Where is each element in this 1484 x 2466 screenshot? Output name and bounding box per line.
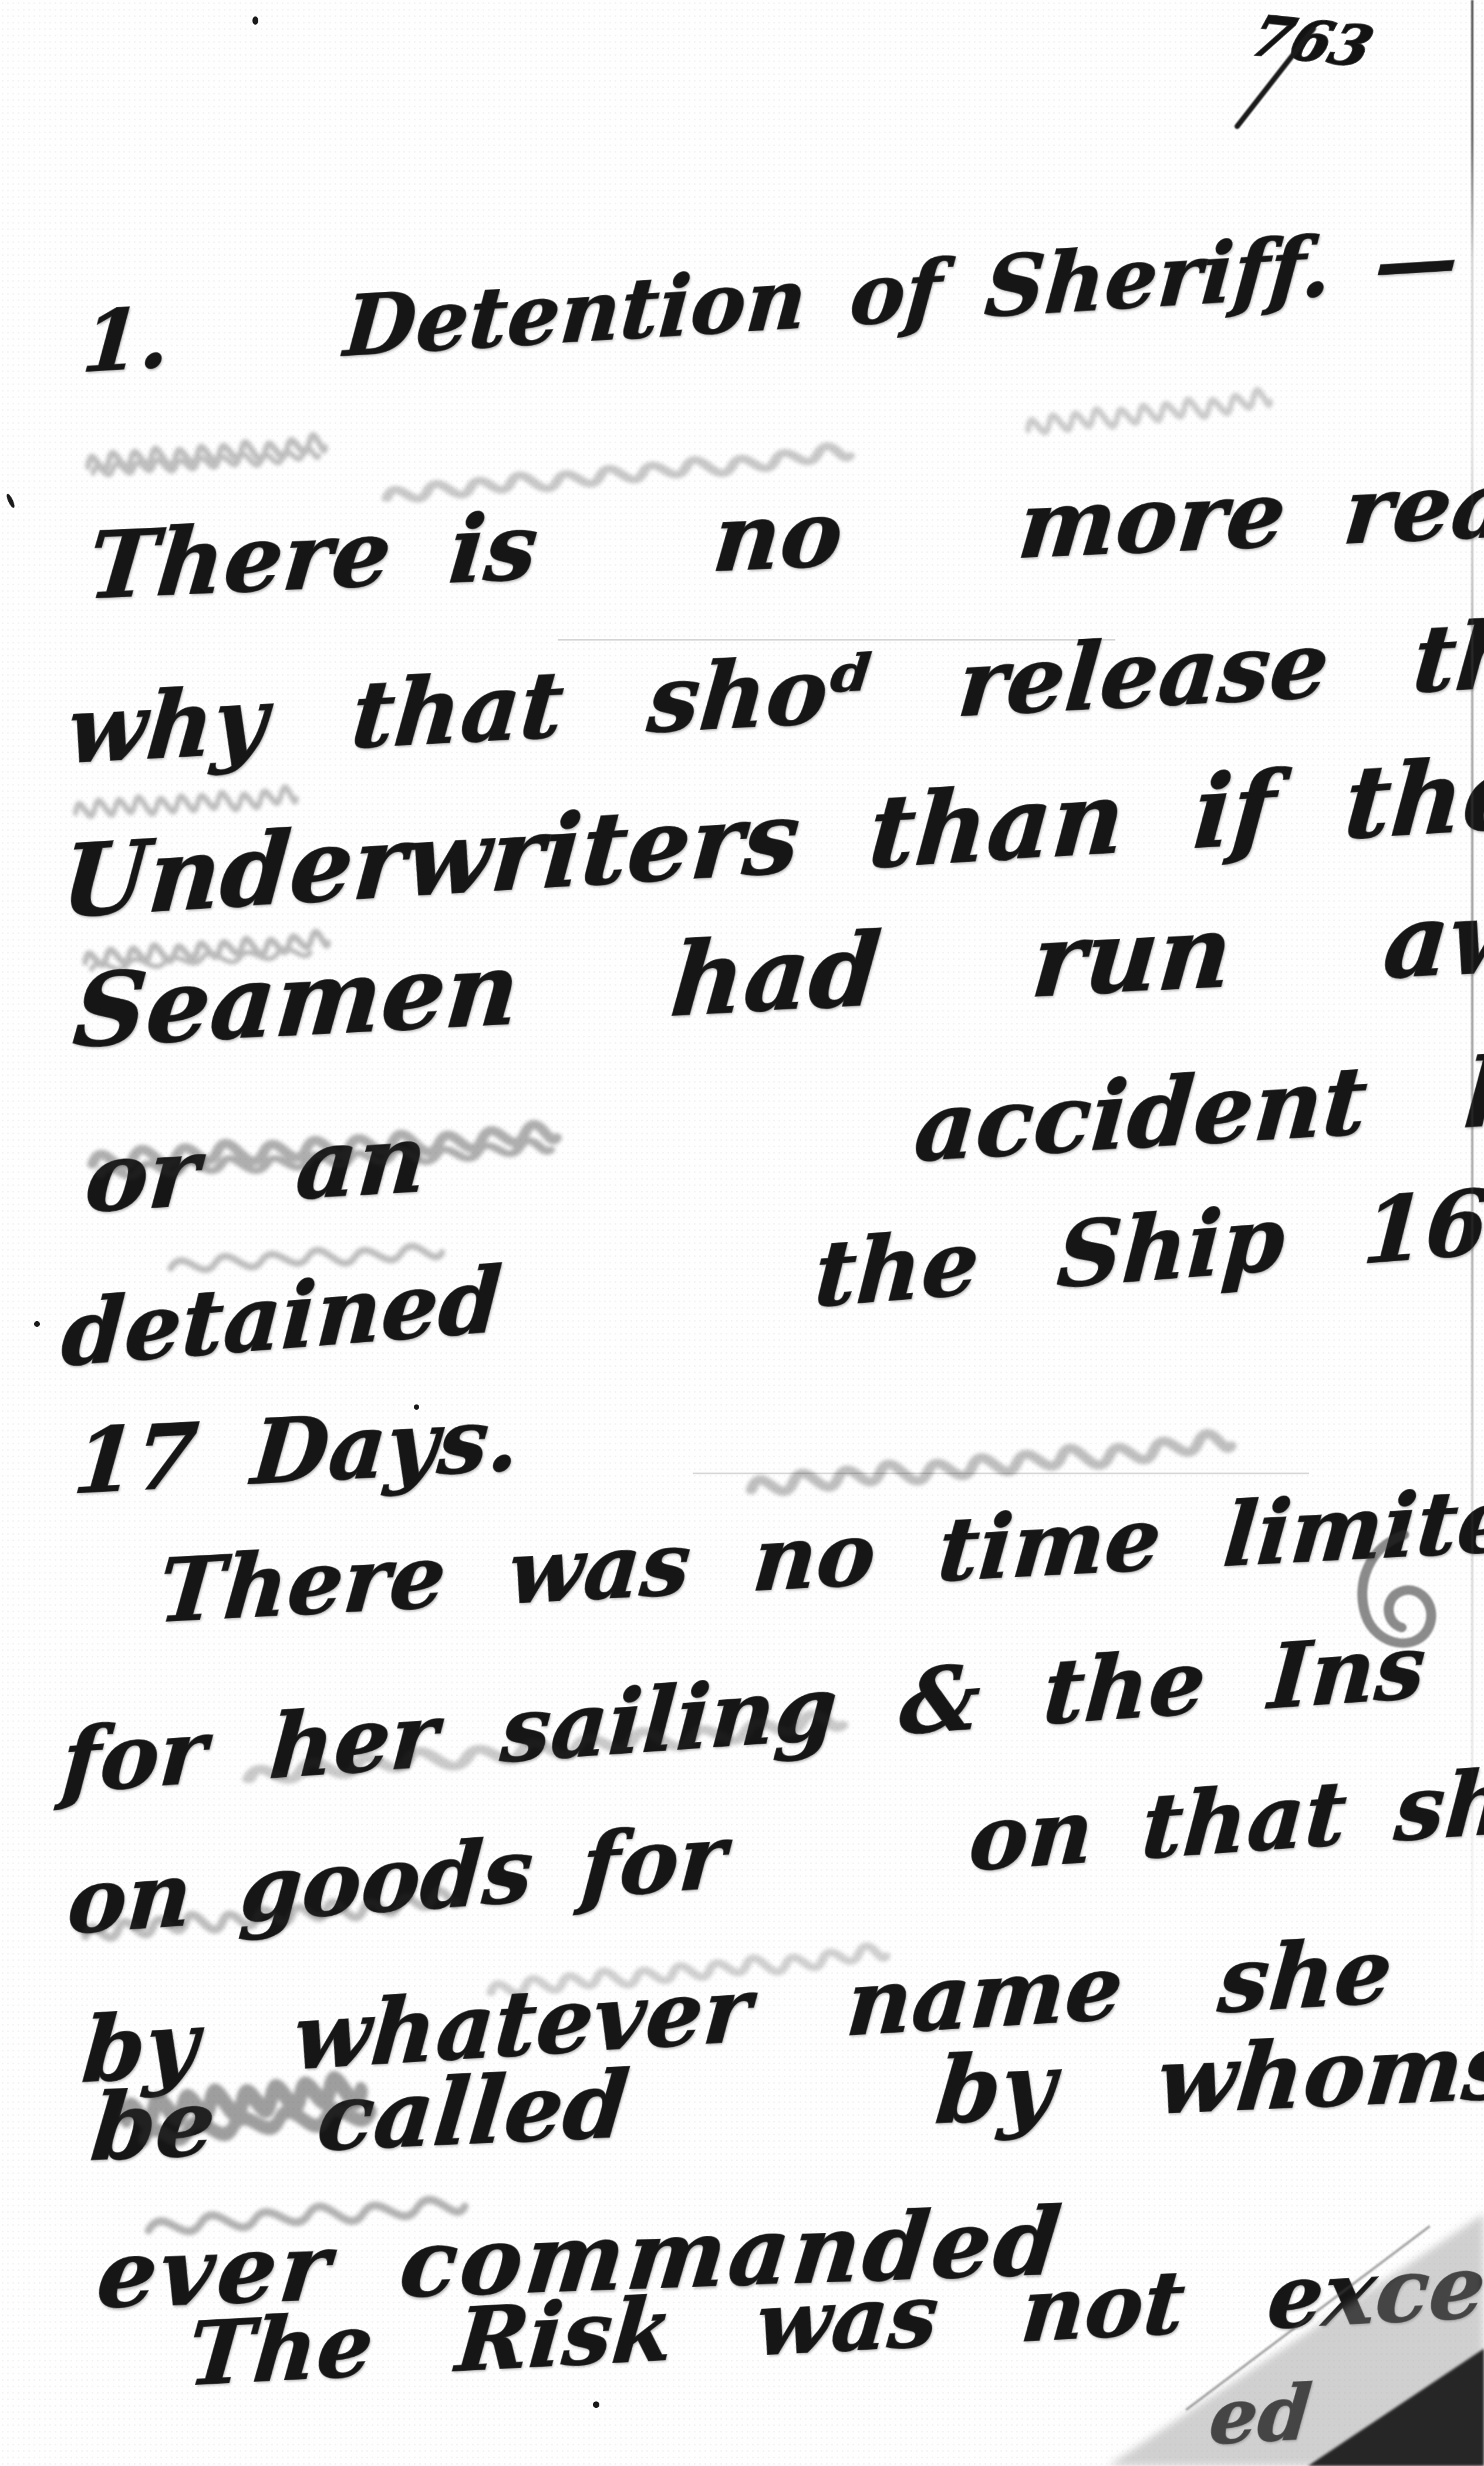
scan-streak — [693, 1473, 1309, 1474]
manuscript-line: 17 Days. — [70, 1386, 525, 1517]
scan-streak — [558, 639, 1115, 641]
ink-smudge — [69, 752, 302, 845]
ink-smudge — [163, 1208, 448, 1299]
bleed-through-mark — [1344, 1527, 1444, 1667]
manuscript-page: 763 1. Detention of Sheriff. — There is … — [0, 0, 1484, 2466]
ink-smudge — [77, 895, 335, 995]
ink-dot — [593, 2401, 599, 2408]
corner-fold — [1308, 2349, 1484, 2466]
ink-smudge — [79, 397, 331, 502]
ink-smudge — [1017, 351, 1277, 465]
ink-dot — [252, 16, 258, 25]
ink-dot — [5, 493, 16, 509]
scan-edge-line — [1471, 0, 1473, 2008]
page-number: 763 — [1243, 3, 1381, 80]
ink-dot — [34, 1321, 40, 1327]
ink-dot — [414, 1404, 419, 1410]
